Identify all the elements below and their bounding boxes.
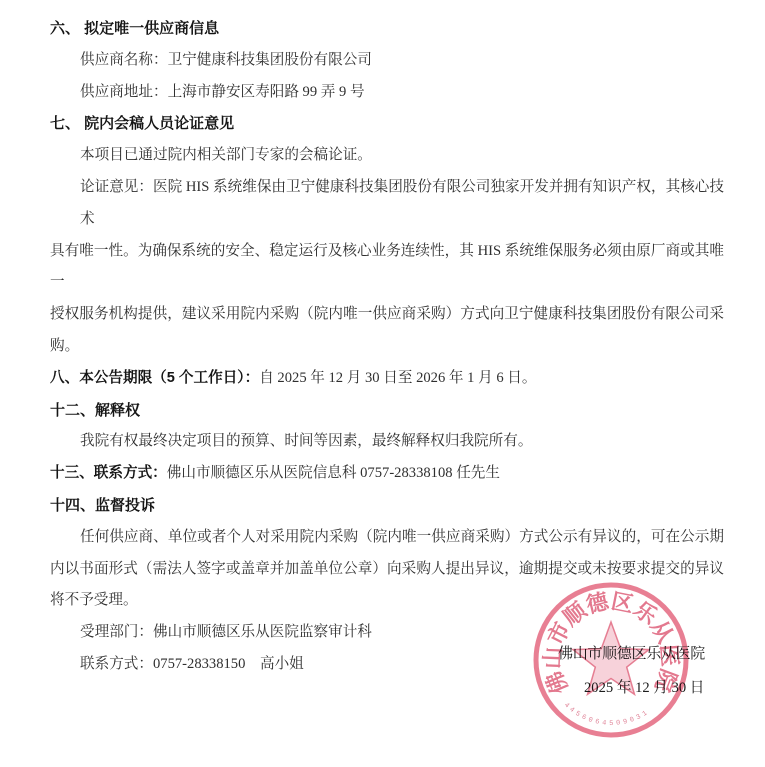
body-line: 供应商名称：卫宁健康科技集团股份有限公司 [50, 45, 724, 77]
body-line: 购。 [50, 331, 724, 363]
heading-prefix: 十三、联系方式： [50, 465, 167, 481]
body-line: 供应商地址：上海市静安区寿阳路 99 弄 9 号 [50, 77, 724, 109]
document-lines: 六、 拟定唯一供应商信息供应商名称：卫宁健康科技集团股份有限公司供应商地址：上海… [50, 13, 724, 681]
signature-date: 2025 年 12 月 30 日 [584, 676, 704, 697]
heading-rest: 自 2025 年 12 月 30 日至 2026 年 1 月 6 日。 [259, 370, 536, 386]
body-line: 十三、联系方式：佛山市顺德区乐从医院信息科 0757-28338108 任先生 [50, 458, 724, 490]
body-line: 八、本公告期限（5 个工作日）：自 2025 年 12 月 30 日至 2026… [50, 363, 724, 395]
section-heading: 十四、监督投诉 [50, 490, 724, 522]
body-line: 具有唯一性。为确保系统的安全、稳定运行及核心业务连续性，其 HIS 系统维保服务… [50, 236, 724, 300]
heading-prefix: 八、本公告期限（5 个工作日）： [50, 370, 259, 386]
body-line: 本项目已通过院内相关部门专家的会稿论证。 [50, 140, 724, 172]
body-line: 授权服务机构提供，建议采用院内采购（院内唯一供应商采购）方式向卫宁健康科技集团股… [50, 299, 724, 331]
document-page: 六、 拟定唯一供应商信息供应商名称：卫宁健康科技集团股份有限公司供应商地址：上海… [0, 0, 765, 767]
signature-org: 佛山市顺德区乐从医院 [558, 642, 705, 663]
body-line: 论证意见：医院 HIS 系统维保由卫宁健康科技集团股份有限公司独家开发并拥有知识… [50, 172, 724, 236]
heading-rest: 佛山市顺德区乐从医院信息科 0757-28338108 任先生 [167, 465, 500, 481]
body-line: 将不予受理。 [50, 585, 724, 617]
section-heading: 六、 拟定唯一供应商信息 [50, 13, 724, 45]
body-line: 内以书面形式（需法人签字或盖章并加盖单位公章）向采购人提出异议，逾期提交或未按要… [50, 554, 724, 586]
body-line: 我院有权最终决定项目的预算、时间等因素，最终解释权归我院所有。 [50, 426, 724, 458]
body-line: 任何供应商、单位或者个人对采用院内采购（院内唯一供应商采购）方式公示有异议的，可… [50, 522, 724, 554]
seal-serial-number: 4456064509031 [562, 701, 652, 728]
section-heading: 十二、解释权 [50, 395, 724, 427]
section-heading: 七、 院内会稿人员论证意见 [50, 108, 724, 140]
